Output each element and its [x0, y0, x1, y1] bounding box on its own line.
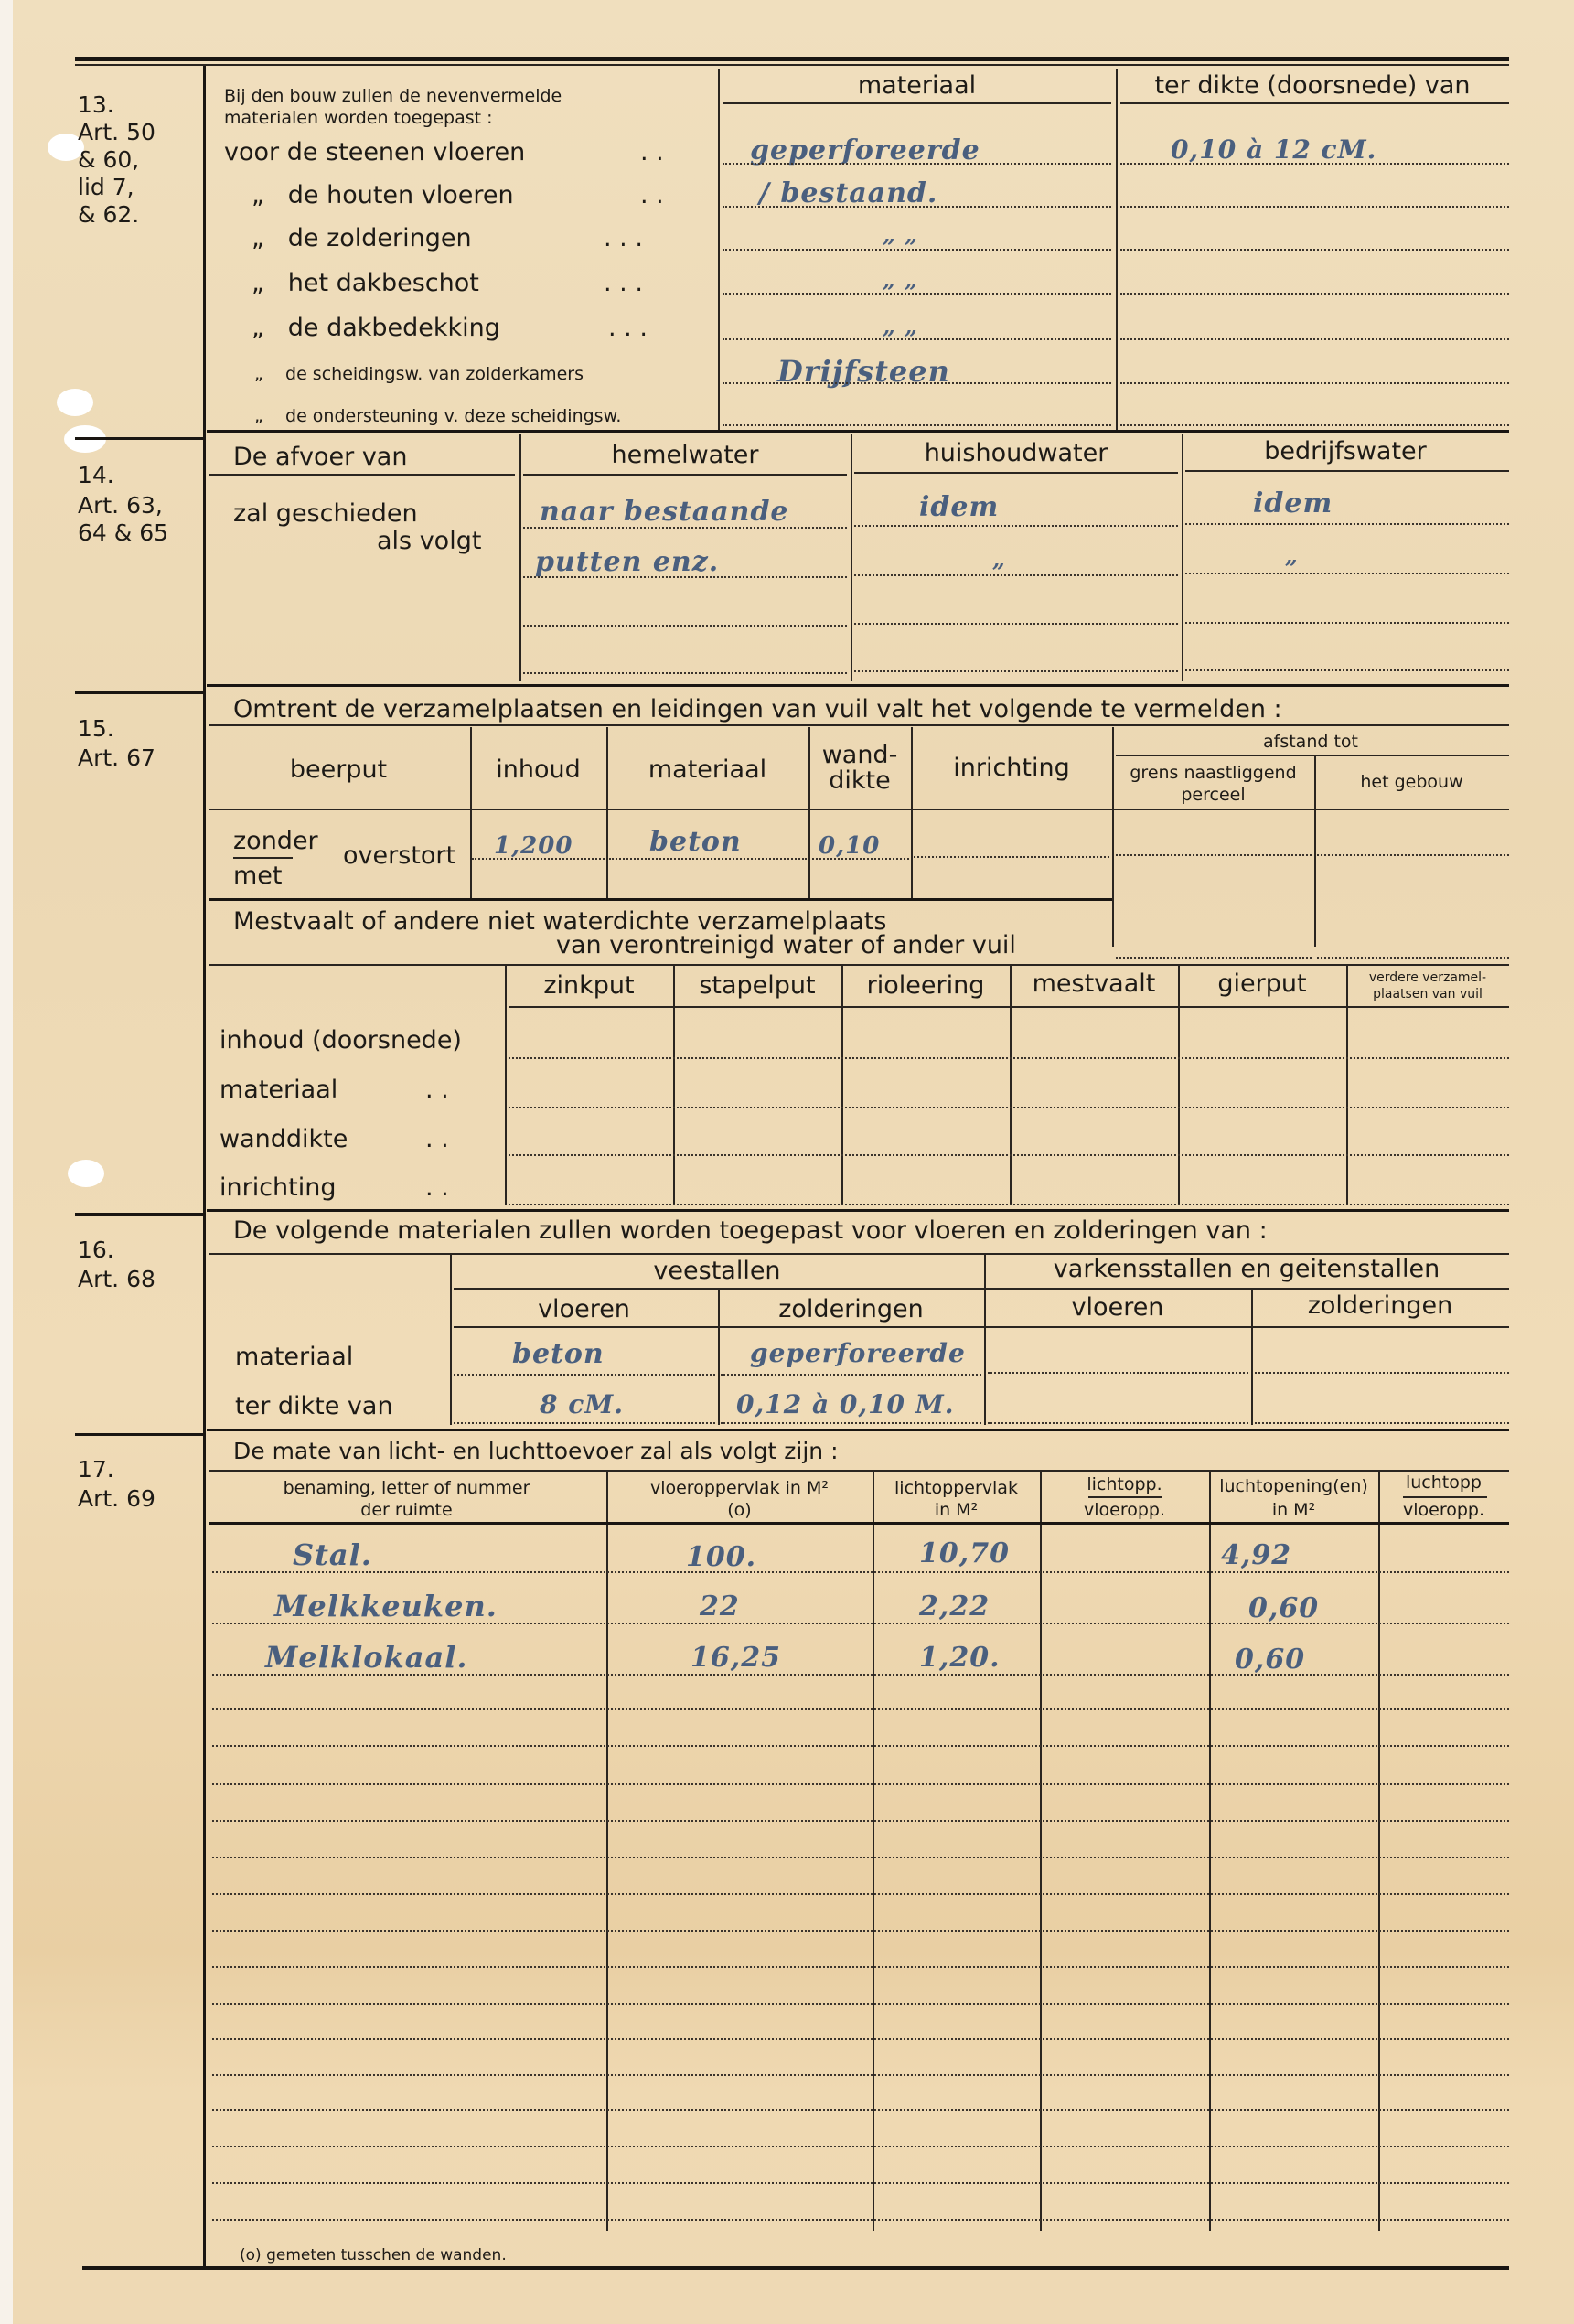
fill-line — [1185, 523, 1509, 525]
fill-line — [1120, 338, 1509, 340]
column-header-bedrijfswater: bedrijfswater — [1182, 439, 1509, 464]
vee-vloeren-material[interactable]: beton — [512, 1341, 605, 1368]
fill-line — [723, 249, 1111, 251]
divider — [673, 966, 675, 1205]
column-header-verdere: plaatsen van vuil — [1346, 988, 1509, 1001]
row-label-met: met — [233, 863, 283, 888]
column-header-thickness: ter dikte (doorsnede) van — [1116, 73, 1509, 98]
divider — [851, 434, 852, 681]
top-rule-thin — [75, 64, 1509, 66]
bedrijfswater-value[interactable]: idem — [1253, 490, 1333, 518]
fill-line — [812, 858, 909, 860]
vee-zolderingen-thickness[interactable]: 0,12 à 0,10 M. — [736, 1392, 955, 1418]
fraction-line — [1088, 1496, 1162, 1498]
inhoud-value[interactable]: 1,200 — [494, 834, 573, 858]
materiaal-value[interactable]: beton — [649, 829, 742, 856]
article-ref: Art. 68 — [78, 1266, 155, 1293]
subcolumn-vloeren: vloeren — [450, 1297, 718, 1322]
divider — [1378, 1472, 1380, 2231]
section-rule — [207, 1209, 1509, 1212]
column-group-varkensstallen: varkensstallen en geitenstallen — [984, 1257, 1509, 1281]
row-label: „ de zolderingen — [252, 226, 472, 251]
column-header-rioleering: rioleering — [841, 973, 1010, 998]
fill-line — [1120, 249, 1509, 251]
row-label-dikte: ter dikte van — [235, 1394, 393, 1419]
column-header-benaming: benaming, letter of nummer — [207, 1480, 606, 1497]
row-dots: . . . — [604, 226, 643, 251]
column-header-wanddikte: wand- — [808, 743, 911, 767]
divider — [1040, 1472, 1042, 2231]
room-name[interactable]: Melklokaal. — [265, 1643, 468, 1672]
fill-line — [1120, 382, 1509, 384]
fill-line — [1317, 854, 1509, 856]
section-rule — [207, 1429, 1509, 1431]
article-ref: & 60, — [78, 146, 139, 174]
vee-zolderingen-material[interactable]: geperforeerde — [750, 1341, 966, 1366]
column-header-vloeroppervlak: (o) — [606, 1502, 873, 1519]
label-afvoer: De afvoer van — [233, 444, 407, 469]
hemelwater-value[interactable]: naar bestaande — [540, 498, 789, 526]
column-header-luchtopening: luchtopening(en) — [1209, 1478, 1378, 1495]
header-underline — [454, 1326, 1509, 1328]
header-underline — [723, 102, 1111, 104]
label-volgt: als volgt — [377, 529, 481, 553]
row-label: „ de ondersteuning v. deze scheidingsw. — [254, 408, 621, 425]
column-header-gierput: gierput — [1178, 971, 1346, 996]
column-header-hemelwater: hemelwater — [519, 443, 851, 467]
divider — [505, 966, 507, 1205]
light-area[interactable]: 2,22 — [919, 1593, 990, 1621]
column-header-gebouw: het gebouw — [1314, 774, 1509, 791]
section-rule — [75, 437, 203, 440]
fill-line — [1116, 854, 1312, 856]
section-rule — [75, 691, 203, 694]
fill-line — [509, 1057, 1509, 1059]
mest-row-label: wanddikte — [220, 1127, 348, 1151]
column-header-grens: perceel — [1112, 787, 1314, 804]
fill-line — [1116, 957, 1312, 959]
column-header-lucht-ratio: vloeropp. — [1378, 1502, 1509, 1519]
material-value[interactable]: / bestaand. — [759, 180, 937, 208]
column-header-zinkput: zinkput — [505, 973, 673, 998]
column-header-huishoudwater: huishoudwater — [851, 441, 1182, 466]
row-label: voor de steenen vloeren — [224, 140, 525, 165]
fill-line — [472, 858, 605, 860]
mest-row-dots: . . — [425, 1175, 449, 1200]
fill-line — [1120, 424, 1509, 426]
fill-line — [723, 293, 1111, 295]
fill-line — [914, 856, 1109, 858]
fill-line — [854, 623, 1178, 625]
fill-line — [523, 576, 847, 578]
article-ref: Art. 50 — [78, 119, 155, 146]
subsection-rule — [209, 898, 1112, 901]
fill-line — [1185, 622, 1509, 624]
fill-line — [1120, 163, 1509, 165]
article-ref: Art. 67 — [78, 744, 155, 772]
section-number: 17. — [78, 1456, 114, 1483]
fill-line — [723, 206, 1111, 208]
column-header-lucht-ratio: luchtopp — [1378, 1474, 1509, 1492]
paper-edge — [0, 0, 13, 2324]
subcolumn-zolderingen: zolderingen — [1251, 1293, 1509, 1318]
floor-area[interactable]: 22 — [700, 1593, 740, 1621]
huishoudwater-value[interactable]: idem — [919, 494, 999, 521]
article-ref: & 62. — [78, 201, 139, 229]
header-underline — [854, 472, 1178, 474]
column-header-verdere: verdere verzamel- — [1346, 971, 1509, 984]
column-header-lichtoppervlak: in M² — [873, 1502, 1040, 1519]
column-header-grens: grens naastliggend — [1112, 765, 1314, 782]
row-label-materiaal: materiaal — [235, 1344, 353, 1369]
fill-line — [988, 1422, 1248, 1424]
article-ref: Art. 63, — [78, 492, 163, 519]
column-header-licht-ratio: vloeropp. — [1040, 1502, 1209, 1519]
fill-line — [723, 338, 1111, 340]
section-number: 15. — [78, 715, 114, 743]
section-title: Omtrent de verzamelplaatsen en leidingen… — [233, 697, 1282, 722]
column-header-material: materiaal — [718, 73, 1116, 98]
air-opening[interactable]: 0,60 — [1235, 1646, 1305, 1674]
article-ref: lid 7, — [78, 174, 134, 201]
article-ref: 64 & 65 — [78, 519, 168, 547]
section-rule — [207, 430, 1509, 433]
row-label-overstort: overstort — [343, 843, 455, 868]
divider — [1178, 966, 1180, 1205]
column-group-afstand: afstand tot — [1112, 734, 1509, 751]
fill-line — [454, 1374, 715, 1376]
section-rule — [207, 684, 1509, 687]
column-header-lichtoppervlak: lichtoppervlak — [873, 1480, 1040, 1497]
column-header-wanddikte: dikte — [808, 768, 911, 793]
fill-line — [723, 163, 1111, 165]
header-underline — [209, 1522, 1509, 1525]
fill-line — [509, 1107, 1509, 1108]
group-underline — [454, 1288, 1509, 1290]
column-header-licht-ratio: lichtopp. — [1040, 1476, 1209, 1494]
article-ref: Art. 69 — [78, 1485, 155, 1513]
row-dots: . . — [640, 140, 664, 165]
fill-line — [509, 1154, 1509, 1156]
column-header-luchtopening: in M² — [1209, 1502, 1378, 1519]
air-opening[interactable]: 4,92 — [1221, 1542, 1291, 1569]
row-dots: . . . — [604, 271, 643, 295]
floor-area[interactable]: 16,25 — [691, 1644, 781, 1672]
divider — [1346, 966, 1348, 1205]
air-opening[interactable]: 0,60 — [1248, 1595, 1319, 1623]
subcolumn-vloeren: vloeren — [984, 1295, 1251, 1320]
intro-text: materialen worden toegepast : — [224, 110, 493, 127]
row-dots: . . . — [608, 316, 648, 340]
divider — [1182, 434, 1183, 681]
fill-line — [523, 672, 847, 674]
footnote: (o) gemeten tusschen de wanden. — [240, 2248, 507, 2264]
fill-line — [1255, 1372, 1509, 1374]
group-underline — [1116, 755, 1509, 756]
hemelwater-value[interactable]: putten enz. — [535, 549, 719, 576]
fill-line — [509, 1204, 1509, 1205]
divider — [519, 434, 521, 681]
column-header-mestvaalt: mestvaalt — [1010, 971, 1178, 996]
section-title: De mate van licht- en luchttoevoer zal a… — [233, 1440, 839, 1462]
section-number: 13. — [78, 91, 114, 119]
divider — [911, 727, 913, 901]
header-underline — [523, 474, 847, 476]
row-label-zonder: zonder — [233, 829, 318, 853]
mestvaalt-title: van verontreinigd water of ander vuil — [556, 933, 1016, 958]
column-header-stapelput: stapelput — [673, 973, 841, 998]
floor-area[interactable]: 100. — [686, 1544, 756, 1571]
fill-line — [609, 858, 807, 860]
section-number: 14. — [78, 462, 114, 489]
punch-hole — [57, 389, 93, 416]
room-name[interactable]: Stal. — [293, 1540, 372, 1569]
row-label: „ de scheidingsw. van zolderkamers — [254, 366, 584, 383]
fraction-line — [233, 857, 293, 859]
divider — [873, 1472, 874, 2231]
fraction-line — [1403, 1496, 1487, 1498]
vee-vloeren-thickness[interactable]: 8 cM. — [540, 1392, 624, 1418]
top-rule — [75, 57, 1509, 61]
column-group-veestallen: veestallen — [450, 1258, 984, 1283]
header-underline — [509, 1006, 1509, 1008]
fill-line — [1185, 573, 1509, 574]
subcolumn-zolderingen: zolderingen — [718, 1297, 984, 1322]
fill-line — [721, 1374, 981, 1376]
column-header-inrichting: inrichting — [911, 755, 1112, 780]
punch-hole — [68, 1160, 104, 1187]
fill-line — [523, 625, 847, 627]
column-header-beerput: beerput — [207, 757, 470, 782]
section-number: 16. — [78, 1237, 114, 1264]
fill-line — [1120, 293, 1509, 295]
thickness-value[interactable]: 0,10 à 12 cM. — [1171, 137, 1376, 163]
row-label: „ het dakbeschot — [252, 271, 479, 295]
wanddikte-value[interactable]: 0,10 — [819, 834, 880, 858]
room-name[interactable]: Melkkeuken. — [274, 1591, 498, 1621]
fill-line — [723, 382, 1111, 384]
bottom-rule — [82, 2266, 1509, 2270]
fill-line — [1317, 957, 1509, 959]
mestvaalt-title: Mestvaalt of andere niet waterdichte ver… — [233, 909, 886, 934]
section-rule — [75, 1433, 203, 1436]
light-area[interactable]: 1,20. — [919, 1644, 1001, 1672]
row-label: „ de houten vloeren — [252, 183, 514, 208]
fill-line — [723, 424, 1111, 426]
divider — [1112, 727, 1114, 947]
fill-line — [1185, 669, 1509, 671]
divider — [718, 69, 720, 430]
divider — [1116, 69, 1118, 430]
column-header-benaming: der ruimte — [207, 1502, 606, 1519]
fill-line — [1120, 206, 1509, 208]
header-underline — [209, 809, 1509, 810]
title-underline — [209, 724, 1509, 726]
fill-line — [988, 1372, 1248, 1374]
material-value[interactable]: geperforeerde — [750, 137, 980, 165]
mest-row-label: inhoud (doorsnede) — [220, 1028, 462, 1053]
column-header-vloeroppervlak: vloeroppervlak in M² — [606, 1480, 873, 1497]
fill-line — [1255, 1422, 1509, 1424]
left-spine — [203, 66, 206, 2270]
section-title: De volgende materialen zullen worden toe… — [233, 1218, 1268, 1243]
fill-line — [854, 670, 1178, 672]
header-underline — [209, 474, 515, 476]
divider — [470, 727, 472, 901]
divider — [606, 727, 608, 901]
mest-row-dots: . . — [425, 1127, 449, 1151]
intro-text: Bij den bouw zullen de nevenvermelde — [224, 88, 562, 105]
header-underline — [209, 964, 1509, 966]
fill-line — [854, 525, 1178, 527]
header-underline — [1185, 470, 1509, 472]
fill-line — [454, 1422, 715, 1424]
material-value[interactable]: „ „ — [883, 269, 918, 291]
huishoudwater-value[interactable]: „ — [992, 549, 1006, 571]
material-value[interactable]: „ „ — [883, 224, 918, 246]
column-header-inhoud: inhoud — [470, 757, 606, 782]
row-label: „ de dakbedekking — [252, 316, 500, 340]
divider — [606, 1472, 608, 2231]
mest-row-dots: . . — [425, 1077, 449, 1102]
header-underline — [1120, 102, 1509, 104]
material-value[interactable]: „ „ — [883, 316, 918, 337]
mest-row-label: inrichting — [220, 1175, 337, 1200]
mest-row-label: materiaal — [220, 1077, 337, 1102]
fill-line — [854, 574, 1178, 576]
bedrijfswater-value[interactable]: „ — [1285, 545, 1299, 567]
label-geschieden: zal geschieden — [233, 501, 418, 526]
light-area[interactable]: 10,70 — [919, 1540, 1010, 1568]
title-underline — [209, 1470, 1509, 1472]
divider — [1010, 966, 1012, 1205]
column-header-materiaal: materiaal — [606, 757, 808, 782]
section-rule — [75, 1213, 203, 1216]
fill-line — [721, 1422, 981, 1424]
divider — [841, 966, 843, 1205]
divider — [1209, 1472, 1211, 2231]
fill-line — [523, 527, 847, 529]
row-dots: . . — [640, 183, 664, 208]
